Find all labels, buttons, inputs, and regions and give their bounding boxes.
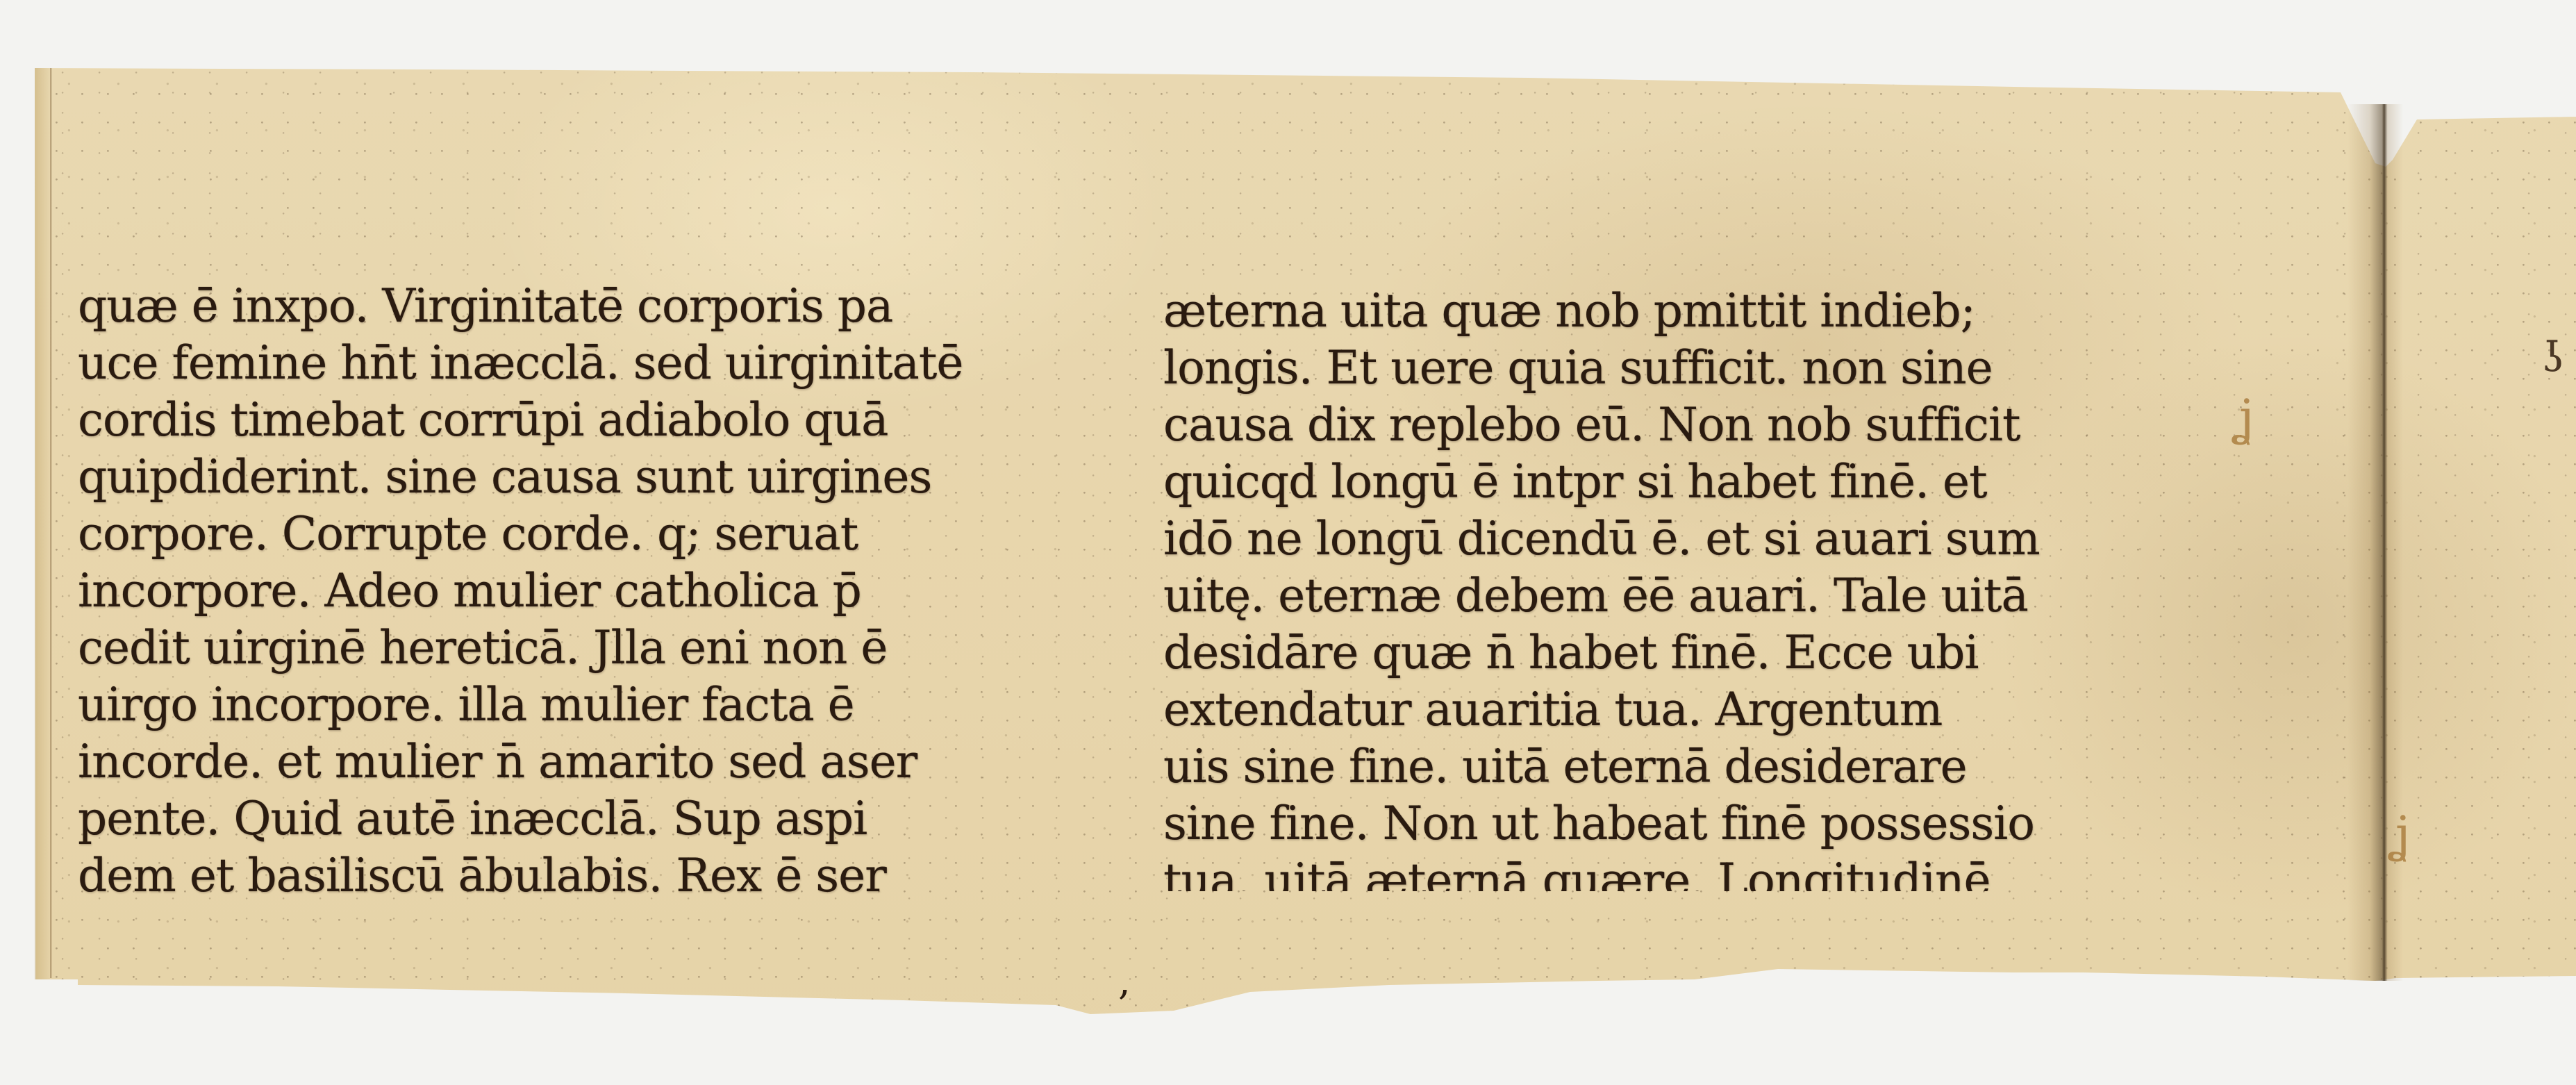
- manuscript-line: uirgo incorpore. illa mulier facta ē: [78, 677, 963, 734]
- manuscript-line: sine fine. Non ut habeat finē possessio: [1163, 795, 2040, 852]
- margin-quire-mark: ʝ: [2393, 806, 2411, 863]
- text-column-left: quæ ē inxpo. Virginitatē corporis pa uce…: [78, 278, 963, 904]
- manuscript-line: cedit uirginē hereticā. Jlla eni non ē: [78, 620, 963, 677]
- manuscript-line: uis sine fine. uitā eternā desiderare: [1163, 738, 2040, 795]
- margin-quire-mark: ʝ: [2236, 389, 2254, 446]
- manuscript-line: quæ ē inxpo. Virginitatē corporis pa: [78, 278, 963, 335]
- manuscript-line: causa dix replebo eū. Non nob sufficit: [1163, 397, 2040, 454]
- manuscript-line: incorpore. Adeo mulier catholica p̄: [78, 563, 963, 620]
- manuscript-line: uce femine hn̄t inæcclā. sed uirginitatē: [78, 335, 963, 392]
- manuscript-line: corpore. Corrupte corde. q; seruat: [78, 506, 963, 563]
- manuscript-line: idō ne longū dicendū ē. et si auari sum: [1163, 511, 2040, 568]
- manuscript-line: extendatur auaritia tua. Argentum: [1163, 681, 2040, 738]
- manuscript-line: uitę. eternæ debem ēē auari. Tale uitā: [1163, 568, 2040, 624]
- left-binding-edge: [35, 68, 50, 979]
- manuscript-line: pente. Quid autē inæcclā. Sup aspi: [78, 790, 963, 847]
- manuscript-line-truncated: tua. uitā æternā quære. Longitudinē: [1163, 852, 2040, 909]
- text-column-right: æterna uita quæ nob pmittit indieb; long…: [1163, 283, 2040, 909]
- manuscript-line: dem et basiliscū ābulabis. Rex ē ser: [78, 847, 963, 904]
- manuscript-line: desidāre quæ n̄ habet finē. Ecce ubi: [1163, 624, 2040, 681]
- manuscript-line: quicqd longū ē intpr si habet finē. et: [1163, 454, 2040, 511]
- manuscript-line: incorde. et mulier n̄ amarito sed aser: [78, 734, 963, 790]
- ruling-line: [50, 68, 52, 978]
- manuscript-line: longis. Et uere quia sufficit. non sine: [1163, 340, 2040, 397]
- manuscript-line: æterna uita quæ nob pmittit indieb;: [1163, 283, 2040, 340]
- margin-ink-mark: ʖ: [2542, 333, 2564, 382]
- manuscript-line: quipdiderint. sine causa sunt uirgines: [78, 449, 963, 506]
- stray-ink-mark: ,: [1118, 959, 1131, 1004]
- manuscript-line: cordis timebat corrūpi adiabolo quā: [78, 392, 963, 449]
